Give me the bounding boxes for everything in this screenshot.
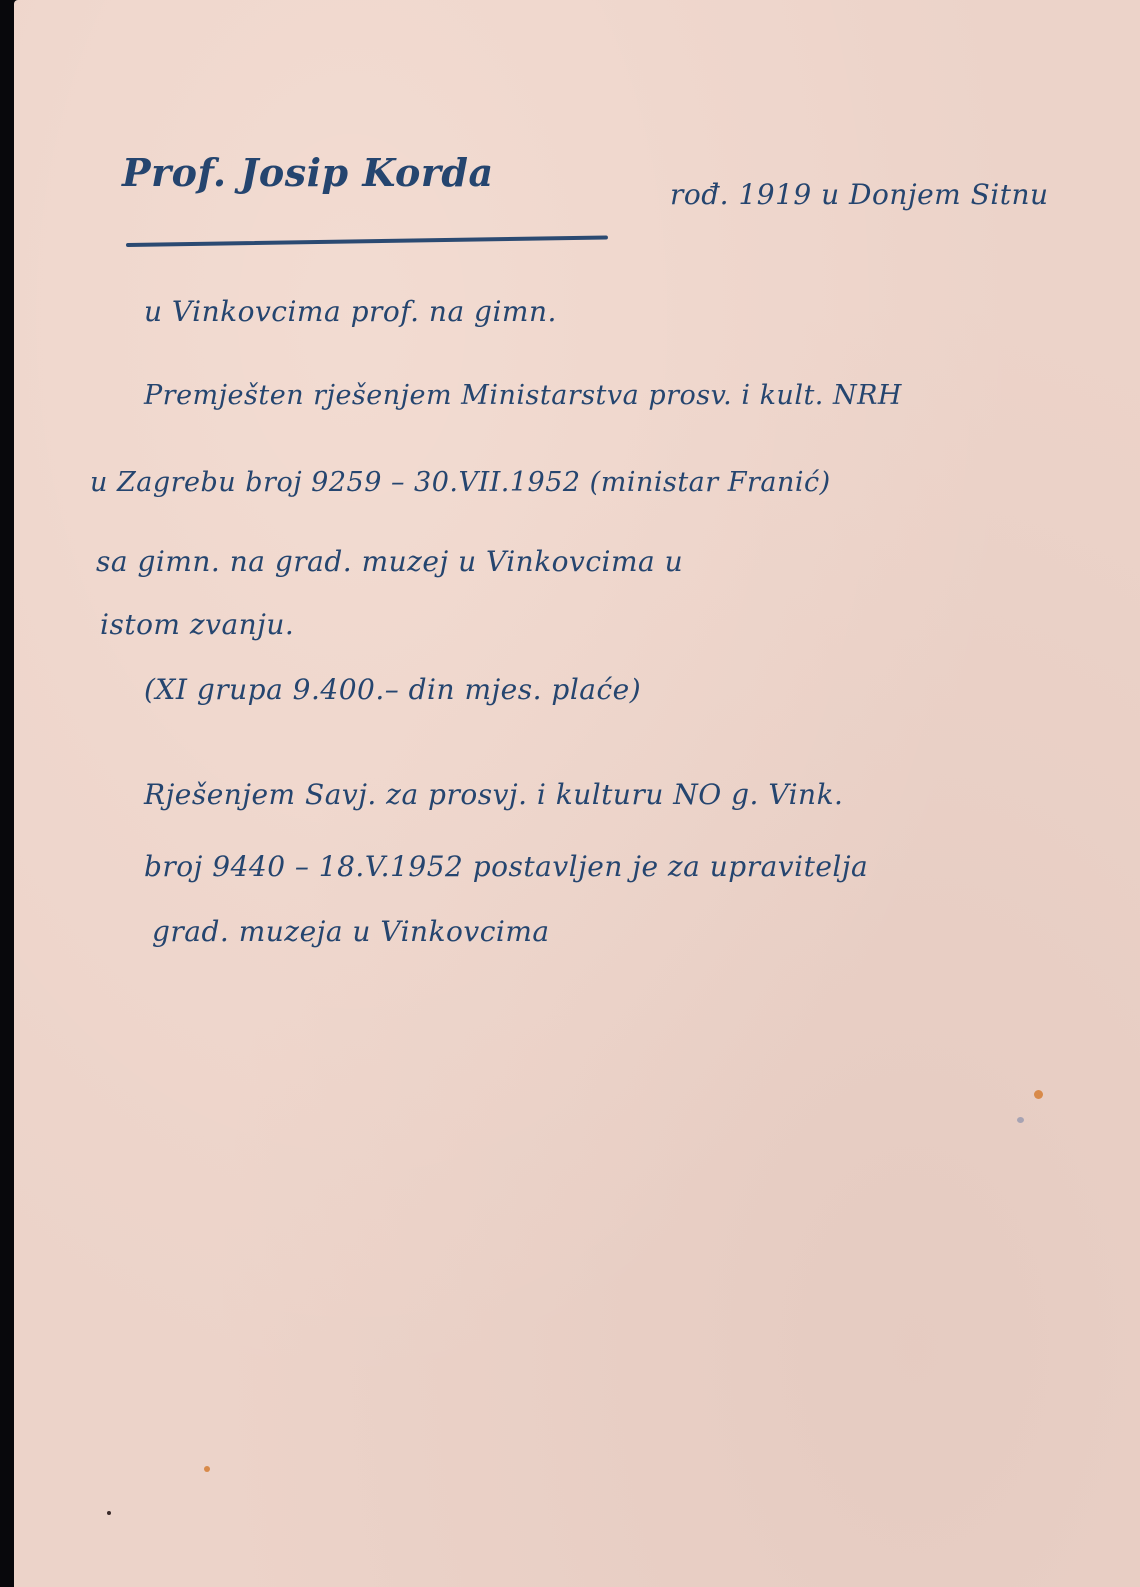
text-line-7: Rješenjem Savj. za prosvj. i kulturu NO …: [144, 778, 843, 811]
text-line-5: istom zvanju.: [100, 608, 294, 641]
text-line-4: sa gimn. na grad. muzej u Vinkovcima u: [96, 545, 683, 578]
birth-note: rođ. 1919 u Donjem Sitnu: [670, 178, 1049, 211]
text-line-9: grad. muzeja u Vinkovcima: [152, 915, 550, 948]
paper-stain-spot: [204, 1466, 210, 1472]
heading-underline: [126, 235, 608, 247]
paper-stain-spot: [1034, 1090, 1043, 1099]
salary-note: (XI grupa 9.400.– din mjes. plaće): [144, 673, 641, 706]
handwritten-page: Prof. Josip Korda rođ. 1919 u Donjem Sit…: [14, 0, 1140, 1587]
paper-speck: [1017, 1117, 1024, 1123]
text-line-8: broj 9440 – 18.V.1952 postavljen je za u…: [144, 850, 868, 883]
person-name-heading: Prof. Josip Korda: [122, 150, 494, 195]
paper-speck: [107, 1511, 111, 1515]
text-line-1: u Vinkovcima prof. na gimn.: [144, 295, 557, 328]
text-line-2: Premješten rješenjem Ministarstva prosv.…: [144, 380, 902, 411]
text-line-3: u Zagrebu broj 9259 – 30.VII.1952 (minis…: [90, 467, 831, 498]
